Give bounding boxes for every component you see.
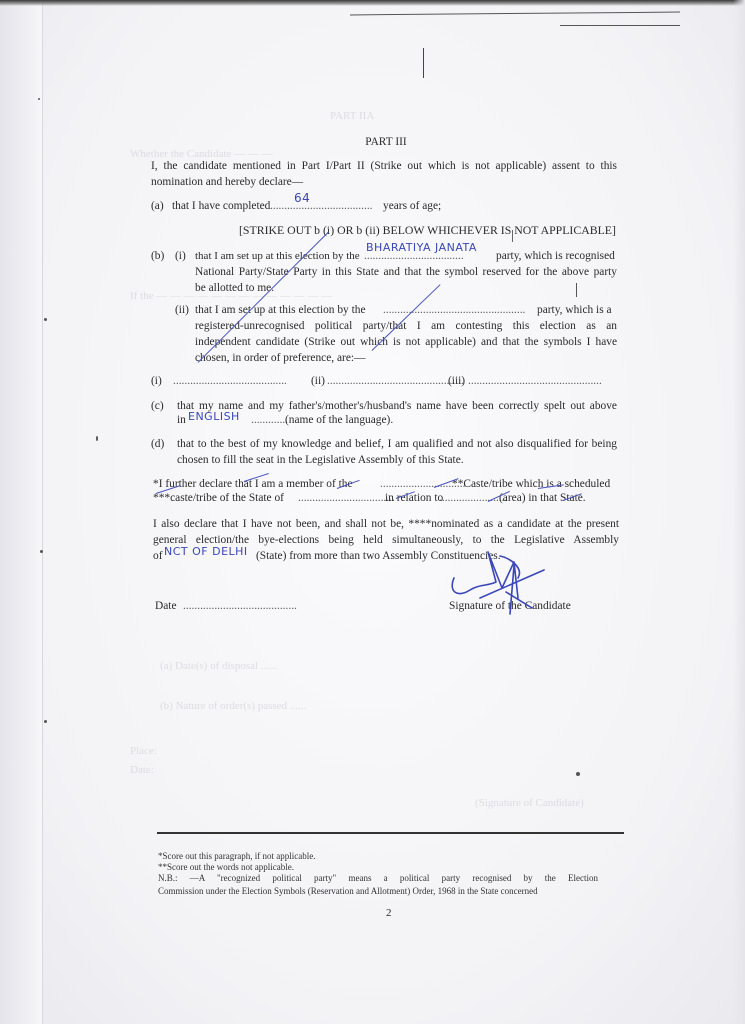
scan-speck: [38, 98, 40, 100]
symbol-field-iii[interactable]: ........................................…: [468, 373, 602, 389]
language-field[interactable]: ENGLISH: [188, 409, 240, 425]
dotted-leader: .............: [251, 412, 288, 428]
scanned-page: Whether the Candidate — — — PART IIA If …: [0, 0, 745, 1024]
footnote-nb-cont: Commission under the Election Symbols (R…: [158, 885, 538, 898]
scan-top-shadow: [0, 0, 745, 6]
symbol-label-ii: (ii): [311, 373, 325, 389]
item-b-ii-prefix: that I am set up at this election by the: [195, 302, 366, 318]
caste-declaration-c: ***caste/tribe of the State of: [153, 490, 284, 506]
item-a-label: (a): [151, 198, 164, 214]
item-d-text-cont: chosen to fill the seat in the Legislati…: [177, 452, 464, 468]
item-b-i-label: (i): [175, 248, 186, 264]
candidate-signature: [440, 548, 560, 620]
also-declare-text: I also declare that I have not been, and…: [153, 516, 619, 532]
also-declare-prefix: of: [153, 548, 163, 564]
item-b-i-text-cont: be allotted to me.: [195, 280, 274, 296]
dotted-leader: ..................................: [298, 490, 395, 506]
symbol-field-ii[interactable]: ........................................…: [327, 373, 464, 389]
dotted-leader: ........................................…: [383, 302, 525, 318]
item-b-label: (b): [151, 248, 164, 264]
footnote-nb: N.B.: —A "recognized political party" me…: [158, 872, 598, 885]
part-heading: PART III: [151, 134, 621, 150]
vertical-mark: [576, 283, 577, 297]
symbol-label-iii: (iii): [448, 373, 465, 389]
item-b-ii-label: (ii): [175, 302, 189, 318]
symbol-field-i[interactable]: ........................................: [173, 373, 287, 389]
page-number: 2: [386, 905, 392, 921]
state-field[interactable]: NCT OF DELHI: [164, 544, 248, 560]
item-b-ii-text-cont: independent candidate (Strike out which …: [195, 334, 617, 350]
footnote-divider: [157, 832, 624, 834]
page-left-edge: [0, 0, 43, 1024]
top-rule-line-short: [560, 25, 680, 26]
scan-speck: [44, 318, 47, 321]
scan-speck: [576, 772, 580, 776]
top-rule-line: [350, 12, 680, 16]
item-c-label: (c): [151, 398, 164, 414]
item-b-ii-text: registered-unrecognised political party/…: [195, 318, 617, 334]
caste-declaration-e: (area) in that State.: [499, 490, 586, 506]
item-b-ii-text-end: chosen, in order of preference, are:—: [195, 350, 365, 366]
item-b-i-text: National Party/State Party in this State…: [195, 264, 617, 280]
party-field[interactable]: BHARATIYA JANATA: [366, 240, 477, 256]
item-c-suffix: (name of the language).: [285, 412, 393, 428]
item-c-prefix: in: [177, 412, 186, 428]
scan-speck: [44, 720, 47, 723]
intro-text: I, the candidate mentioned in Part I/Par…: [151, 158, 617, 174]
item-d-text: that to the best of my knowledge and bel…: [177, 436, 617, 452]
item-b-ii-suffix: party, which is a: [537, 302, 612, 318]
intro-text-cont: nomination and hereby declare—: [151, 174, 303, 190]
age-field[interactable]: 64: [294, 190, 310, 206]
item-b-i-prefix: that I am set up at this election by the: [195, 248, 360, 264]
date-label: Date: [155, 598, 177, 614]
item-b-i-suffix: party, which is recognised: [496, 248, 615, 264]
item-a-suffix: years of age;: [383, 198, 441, 214]
symbol-label-i: (i): [151, 373, 162, 389]
vertical-mark: [423, 48, 424, 78]
page-right-edge: [733, 0, 745, 1024]
item-d-label: (d): [151, 436, 164, 452]
scan-speck: [96, 436, 98, 441]
scan-speck: [40, 550, 43, 553]
item-a-prefix: that I have completed: [172, 198, 270, 214]
date-field[interactable]: ........................................: [183, 598, 297, 614]
dotted-leader: ....................................: [270, 198, 373, 214]
item-c-text: that my name and my father's/mother's/hu…: [177, 398, 617, 414]
strike-instruction: [STRIKE OUT b (i) OR b (ii) BELOW WHICHE…: [239, 222, 616, 238]
